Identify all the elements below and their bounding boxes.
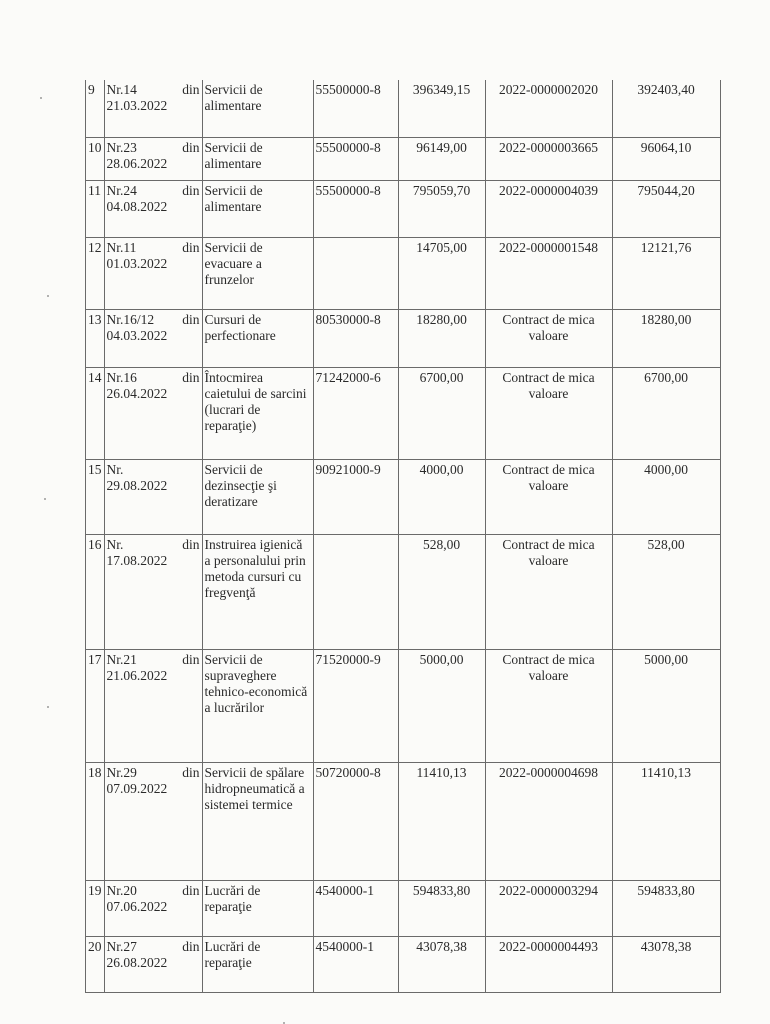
- cpv-code-cell: 90921000-9: [313, 459, 398, 534]
- description-cell: Servicii de alimentare: [202, 137, 313, 180]
- contract-number-line: Nr.16/12 din: [107, 312, 200, 328]
- cpv-code-cell: 71520000-9: [313, 649, 398, 762]
- row-number-text: 14: [88, 370, 102, 385]
- paid-amount: 5000,00: [644, 652, 688, 667]
- contract-value-cell: 6700,00: [398, 367, 485, 459]
- contract-cell: Nr.24 din 04.08.2022: [104, 180, 202, 237]
- description-cell: Servicii de spălare hidropneumatică a si…: [202, 762, 313, 880]
- contract-din: din: [182, 312, 199, 328]
- table-row: 14 Nr.16 din 26.04.2022 Întocmirea caiet…: [86, 367, 721, 459]
- description-cell: Servicii de alimentare: [202, 80, 313, 137]
- contract-din: din: [182, 183, 199, 199]
- contract-din: din: [182, 883, 199, 899]
- contract-value-cell: 594833,80: [398, 880, 485, 936]
- row-number: 15: [86, 459, 105, 534]
- contract-number-line: Nr.27 din: [107, 939, 200, 955]
- paid-amount-cell: 12121,76: [612, 237, 720, 309]
- contract-value: 11410,13: [416, 765, 466, 780]
- contract-date: 07.06.2022: [107, 899, 200, 915]
- contract-cell: Nr. 29.08.2022: [104, 459, 202, 534]
- paid-amount: 11410,13: [641, 765, 691, 780]
- description-text: Servicii de evacuare a frunzelor: [205, 240, 263, 287]
- cpv-code: 55500000-8: [316, 140, 381, 155]
- contract-din: din: [182, 939, 199, 955]
- description-cell: Servicii de supraveghere tehnico-economi…: [202, 649, 313, 762]
- description-text: Întocmirea caietului de sarcini (lucrari…: [205, 370, 307, 433]
- contract-din: din: [182, 140, 199, 156]
- contract-value-cell: 18280,00: [398, 309, 485, 367]
- contract-number-line: Nr.14 din: [107, 82, 200, 98]
- contract-value-cell: 14705,00: [398, 237, 485, 309]
- contract-value-cell: 4000,00: [398, 459, 485, 534]
- contract-din: din: [182, 537, 199, 553]
- contract-cell: Nr.16/12 din 04.03.2022: [104, 309, 202, 367]
- contract-date: 07.09.2022: [107, 781, 200, 797]
- row-number: 17: [86, 649, 105, 762]
- contract-cell: Nr.16 din 26.04.2022: [104, 367, 202, 459]
- cpv-code-cell: 55500000-8: [313, 80, 398, 137]
- contract-number-line: Nr.20 din: [107, 883, 200, 899]
- description-text: Cursuri de perfectionare: [205, 312, 276, 343]
- row-number: 9: [86, 80, 105, 137]
- paid-amount: 12121,76: [641, 240, 692, 255]
- table-row: 11 Nr.24 din 04.08.2022 Servicii de alim…: [86, 180, 721, 237]
- cpv-code-cell: 50720000-8: [313, 762, 398, 880]
- table-row: 15 Nr. 29.08.2022 Servicii de dezinsecţi…: [86, 459, 721, 534]
- contract-date: 26.08.2022: [107, 955, 200, 971]
- scan-speck: [44, 498, 46, 500]
- description-cell: Cursuri de perfectionare: [202, 309, 313, 367]
- cpv-code-cell: 4540000-1: [313, 880, 398, 936]
- procedure-cell: 2022-0000003665: [485, 137, 612, 180]
- row-number-text: 10: [88, 140, 102, 155]
- procedure-cell: Contract de mica valoare: [485, 649, 612, 762]
- scan-speck: [40, 97, 42, 99]
- cpv-code-cell: 71242000-6: [313, 367, 398, 459]
- description-cell: Servicii de dezinsecţie şi deratizare: [202, 459, 313, 534]
- contract-value-cell: 795059,70: [398, 180, 485, 237]
- table-row: 20 Nr.27 din 26.08.2022 Lucrări de repar…: [86, 936, 721, 992]
- contract-value: 4000,00: [420, 462, 464, 477]
- contract-number: Nr.: [107, 537, 124, 553]
- procedure-number: Contract de mica valoare: [502, 537, 594, 568]
- table-row: 18 Nr.29 din 07.09.2022 Servicii de spăl…: [86, 762, 721, 880]
- procedure-number: 2022-0000004493: [499, 939, 598, 954]
- contract-value: 96149,00: [416, 140, 467, 155]
- row-number: 20: [86, 936, 105, 992]
- description-cell: Lucrări de reparaţie: [202, 936, 313, 992]
- contract-value: 594833,80: [413, 883, 470, 898]
- contract-cell: Nr. din 17.08.2022: [104, 534, 202, 649]
- procedure-number: Contract de mica valoare: [502, 462, 594, 493]
- contract-number: Nr.16/12: [107, 312, 155, 328]
- description-text: Servicii de dezinsecţie şi deratizare: [205, 462, 277, 509]
- contract-number-line: Nr.23 din: [107, 140, 200, 156]
- paid-amount-cell: 6700,00: [612, 367, 720, 459]
- cpv-code-cell: [313, 237, 398, 309]
- contract-value: 795059,70: [413, 183, 470, 198]
- row-number: 19: [86, 880, 105, 936]
- table-row: 10 Nr.23 din 28.06.2022 Servicii de alim…: [86, 137, 721, 180]
- row-number-text: 13: [88, 312, 102, 327]
- procedure-number: 2022-0000003665: [499, 140, 598, 155]
- procedure-number: Contract de mica valoare: [502, 312, 594, 343]
- table-row: 19 Nr.20 din 07.06.2022 Lucrări de repar…: [86, 880, 721, 936]
- contract-number-line: Nr. din: [107, 537, 200, 553]
- paid-amount-cell: 11410,13: [612, 762, 720, 880]
- paid-amount-cell: 594833,80: [612, 880, 720, 936]
- procedure-number: 2022-0000004039: [499, 183, 598, 198]
- contract-cell: Nr.14 din 21.03.2022: [104, 80, 202, 137]
- cpv-code: 71242000-6: [316, 370, 381, 385]
- contract-value: 18280,00: [416, 312, 467, 327]
- paid-amount: 43078,38: [641, 939, 692, 954]
- table-row: 9 Nr.14 din 21.03.2022 Servicii de alime…: [86, 80, 721, 137]
- contract-din: din: [182, 240, 199, 256]
- row-number-text: 11: [88, 183, 101, 198]
- contract-value-cell: 396349,15: [398, 80, 485, 137]
- paid-amount-cell: 5000,00: [612, 649, 720, 762]
- table-row: 12 Nr.11 din 01.03.2022 Servicii de evac…: [86, 237, 721, 309]
- cpv-code: 71520000-9: [316, 652, 381, 667]
- paid-amount-cell: 528,00: [612, 534, 720, 649]
- description-cell: Servicii de alimentare: [202, 180, 313, 237]
- paid-amount-cell: 96064,10: [612, 137, 720, 180]
- table-row: 13 Nr.16/12 din 04.03.2022 Cursuri de pe…: [86, 309, 721, 367]
- description-text: Servicii de alimentare: [205, 183, 263, 214]
- contract-value: 396349,15: [413, 82, 470, 97]
- paid-amount: 96064,10: [641, 140, 692, 155]
- cpv-code-cell: 80530000-8: [313, 309, 398, 367]
- contracts-table-body: 9 Nr.14 din 21.03.2022 Servicii de alime…: [86, 80, 721, 992]
- description-cell: Instruirea igienică a personalului prin …: [202, 534, 313, 649]
- paid-amount: 4000,00: [644, 462, 688, 477]
- procedure-cell: 2022-0000001548: [485, 237, 612, 309]
- paid-amount: 594833,80: [637, 883, 694, 898]
- contract-date: 04.03.2022: [107, 328, 200, 344]
- contract-date: 01.03.2022: [107, 256, 200, 272]
- contract-cell: Nr.27 din 26.08.2022: [104, 936, 202, 992]
- contract-value-cell: 96149,00: [398, 137, 485, 180]
- contract-date: 17.08.2022: [107, 553, 200, 569]
- paid-amount-cell: 795044,20: [612, 180, 720, 237]
- cpv-code: 4540000-1: [316, 883, 375, 898]
- procedure-cell: Contract de mica valoare: [485, 459, 612, 534]
- description-cell: Servicii de evacuare a frunzelor: [202, 237, 313, 309]
- procedure-number: Contract de mica valoare: [502, 370, 594, 401]
- contract-number: Nr.20: [107, 883, 137, 899]
- cpv-code: 55500000-8: [316, 183, 381, 198]
- contract-value-cell: 43078,38: [398, 936, 485, 992]
- contract-date: 21.06.2022: [107, 668, 200, 684]
- contract-cell: Nr.29 din 07.09.2022: [104, 762, 202, 880]
- cpv-code-cell: [313, 534, 398, 649]
- contract-value: 5000,00: [420, 652, 464, 667]
- contract-number-line: Nr.11 din: [107, 240, 200, 256]
- procedure-cell: Contract de mica valoare: [485, 309, 612, 367]
- procedure-cell: 2022-0000004698: [485, 762, 612, 880]
- contract-number-line: Nr.24 din: [107, 183, 200, 199]
- cpv-code: 50720000-8: [316, 765, 381, 780]
- contract-number-line: Nr.29 din: [107, 765, 200, 781]
- row-number: 13: [86, 309, 105, 367]
- paid-amount: 6700,00: [644, 370, 688, 385]
- contract-cell: Nr.21 din 21.06.2022: [104, 649, 202, 762]
- cpv-code-cell: 55500000-8: [313, 137, 398, 180]
- contract-cell: Nr.23 din 28.06.2022: [104, 137, 202, 180]
- paid-amount-cell: 4000,00: [612, 459, 720, 534]
- contract-number: Nr.21: [107, 652, 137, 668]
- contract-number: Nr.16: [107, 370, 137, 386]
- description-text: Servicii de supraveghere tehnico-economi…: [205, 652, 308, 715]
- contract-value: 14705,00: [416, 240, 467, 255]
- contract-value-cell: 5000,00: [398, 649, 485, 762]
- contract-number: Nr.24: [107, 183, 137, 199]
- procedure-number: 2022-0000002020: [499, 82, 598, 97]
- contract-date: 21.03.2022: [107, 98, 200, 114]
- table-row: 16 Nr. din 17.08.2022 Instruirea igienic…: [86, 534, 721, 649]
- cpv-code: 80530000-8: [316, 312, 381, 327]
- row-number: 10: [86, 137, 105, 180]
- contract-number-line: Nr.21 din: [107, 652, 200, 668]
- procedure-cell: Contract de mica valoare: [485, 534, 612, 649]
- contract-din: din: [182, 652, 199, 668]
- contract-number: Nr.23: [107, 140, 137, 156]
- row-number: 14: [86, 367, 105, 459]
- cpv-code-cell: 55500000-8: [313, 180, 398, 237]
- paid-amount: 392403,40: [637, 82, 694, 97]
- cpv-code-cell: 4540000-1: [313, 936, 398, 992]
- row-number-text: 12: [88, 240, 102, 255]
- contract-value-cell: 11410,13: [398, 762, 485, 880]
- paid-amount-cell: 18280,00: [612, 309, 720, 367]
- description-text: Lucrări de reparaţie: [205, 883, 261, 914]
- row-number-text: 16: [88, 537, 102, 552]
- description-text: Servicii de spălare hidropneumatică a si…: [205, 765, 305, 812]
- row-number: 11: [86, 180, 105, 237]
- procedure-number: 2022-0000004698: [499, 765, 598, 780]
- row-number-text: 17: [88, 652, 102, 667]
- procedure-cell: 2022-0000002020: [485, 80, 612, 137]
- row-number-text: 9: [88, 82, 95, 97]
- description-cell: Lucrări de reparaţie: [202, 880, 313, 936]
- row-number-text: 20: [88, 939, 102, 954]
- cpv-code: 4540000-1: [316, 939, 375, 954]
- paid-amount-cell: 43078,38: [612, 936, 720, 992]
- row-number: 18: [86, 762, 105, 880]
- description-text: Instruirea igienică a personalului prin …: [205, 537, 306, 600]
- cpv-code: 90921000-9: [316, 462, 381, 477]
- procedure-cell: 2022-0000004493: [485, 936, 612, 992]
- row-number: 12: [86, 237, 105, 309]
- contract-din: din: [182, 82, 199, 98]
- cpv-code: 55500000-8: [316, 82, 381, 97]
- row-number: 16: [86, 534, 105, 649]
- procedure-number: 2022-0000001548: [499, 240, 598, 255]
- procedure-cell: 2022-0000003294: [485, 880, 612, 936]
- scan-speck: [47, 706, 49, 708]
- description-text: Servicii de alimentare: [205, 140, 263, 171]
- contract-date: 29.08.2022: [107, 478, 200, 494]
- contract-din: din: [182, 370, 199, 386]
- paid-amount: 795044,20: [637, 183, 694, 198]
- contract-number: Nr.14: [107, 82, 137, 98]
- procedure-cell: Contract de mica valoare: [485, 367, 612, 459]
- procedure-cell: 2022-0000004039: [485, 180, 612, 237]
- contract-number-line: Nr.16 din: [107, 370, 200, 386]
- contract-value: 528,00: [423, 537, 460, 552]
- contract-date: 28.06.2022: [107, 156, 200, 172]
- scan-speck: [47, 295, 49, 297]
- row-number-text: 15: [88, 462, 102, 477]
- table-row: 17 Nr.21 din 21.06.2022 Servicii de supr…: [86, 649, 721, 762]
- paid-amount-cell: 392403,40: [612, 80, 720, 137]
- contract-cell: Nr.20 din 07.06.2022: [104, 880, 202, 936]
- paid-amount: 528,00: [647, 537, 684, 552]
- contract-number: Nr.11: [107, 240, 137, 256]
- row-number-text: 18: [88, 765, 102, 780]
- contract-number: Nr.: [107, 462, 124, 478]
- paid-amount: 18280,00: [641, 312, 692, 327]
- contract-value: 43078,38: [416, 939, 467, 954]
- contract-din: din: [182, 765, 199, 781]
- contract-date: 26.04.2022: [107, 386, 200, 402]
- description-text: Lucrări de reparaţie: [205, 939, 261, 970]
- document-page: 9 Nr.14 din 21.03.2022 Servicii de alime…: [0, 0, 770, 1024]
- row-number-text: 19: [88, 883, 102, 898]
- contract-date: 04.08.2022: [107, 199, 200, 215]
- procedure-number: Contract de mica valoare: [502, 652, 594, 683]
- contracts-table: 9 Nr.14 din 21.03.2022 Servicii de alime…: [85, 80, 721, 993]
- contract-number: Nr.29: [107, 765, 137, 781]
- contract-cell: Nr.11 din 01.03.2022: [104, 237, 202, 309]
- contract-value-cell: 528,00: [398, 534, 485, 649]
- contract-number-line: Nr.: [107, 462, 200, 478]
- description-cell: Întocmirea caietului de sarcini (lucrari…: [202, 367, 313, 459]
- procedure-number: 2022-0000003294: [499, 883, 598, 898]
- contract-number: Nr.27: [107, 939, 137, 955]
- contract-value: 6700,00: [420, 370, 464, 385]
- description-text: Servicii de alimentare: [205, 82, 263, 113]
